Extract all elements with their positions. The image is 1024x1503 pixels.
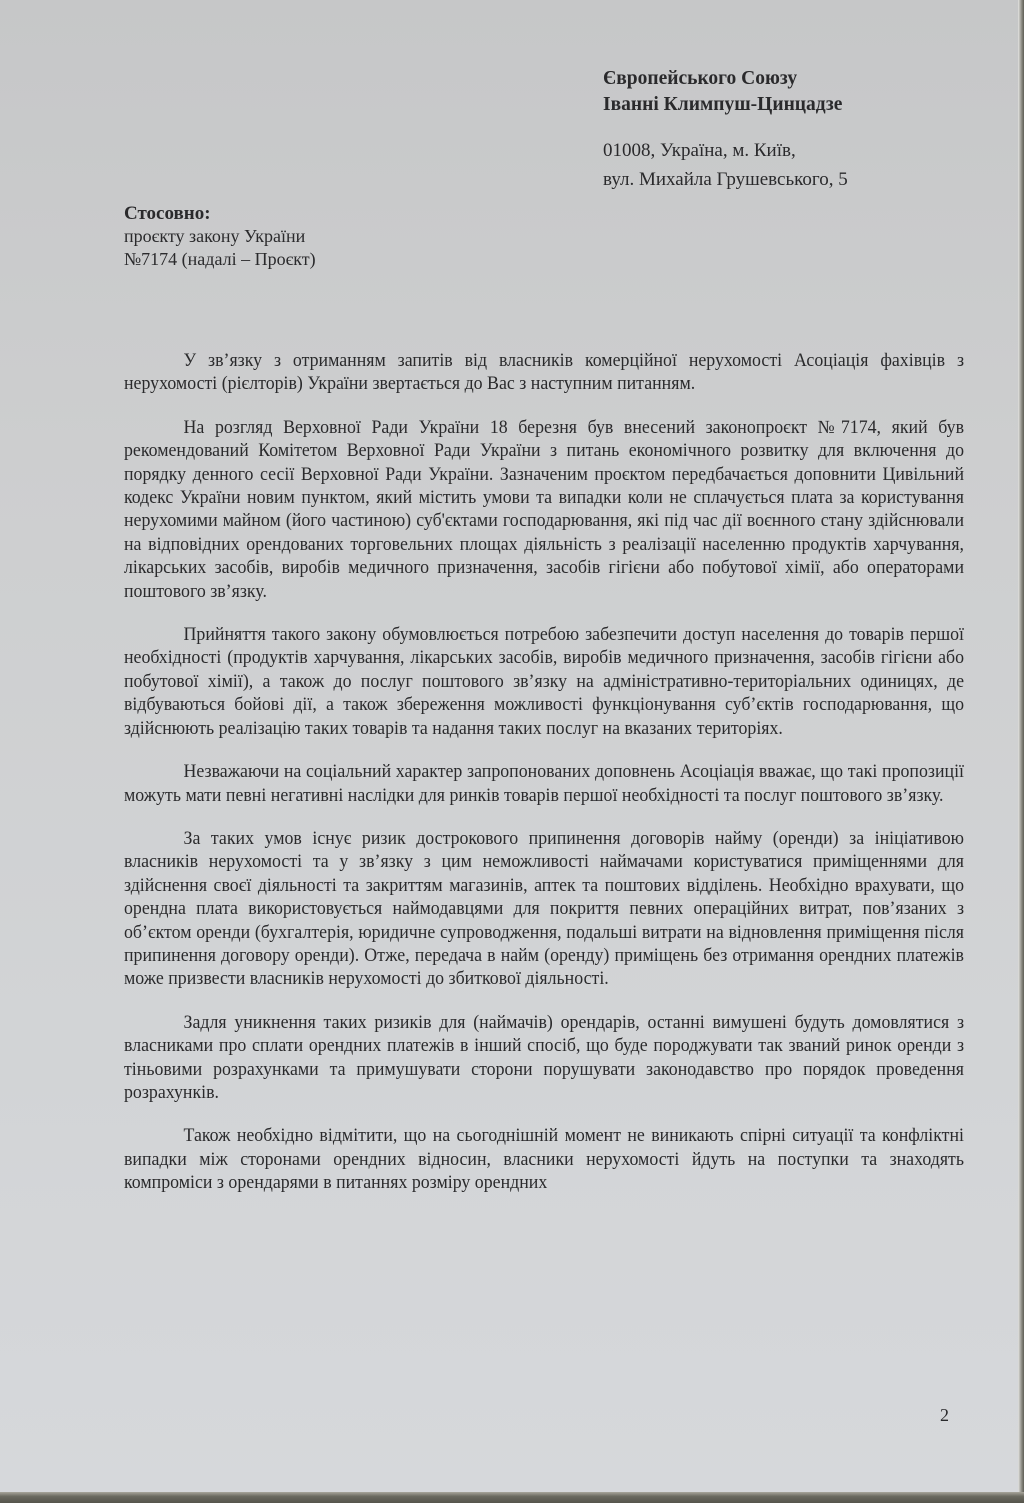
regarding-line-1: проєкту закону України: [124, 225, 316, 248]
regarding-line-2: №7174 (надалі – Проєкт): [124, 248, 316, 271]
page-number: 2: [940, 1405, 949, 1426]
recipient-name: Іванні Климпуш-Цинцадзе: [603, 92, 848, 118]
address-line-1: 01008, Україна, м. Київ,: [603, 136, 848, 165]
paragraph: Незважаючи на соціальний характер запроп…: [124, 760, 964, 807]
document-page: Європейського Союзу Іванні Климпуш-Цинца…: [0, 0, 1018, 1492]
regarding-heading: Стосовно:: [124, 202, 316, 225]
page-edge-right: [1018, 0, 1024, 1503]
paragraph: На розгляд Верховної Ради України 18 бер…: [124, 416, 964, 603]
paragraph: Задля уникнення таких ризиків для (найма…: [124, 1011, 964, 1105]
recipient-org: Європейського Союзу: [603, 66, 848, 92]
paragraph: Прийняття такого закону обумовлюється по…: [124, 623, 964, 740]
page-edge-bottom: [0, 1492, 1024, 1503]
regarding-block: Стосовно: проєкту закону України №7174 (…: [124, 202, 316, 271]
paragraph: У зв’язку з отриманням запитів від власн…: [124, 349, 964, 396]
letter-body: У зв’язку з отриманням запитів від власн…: [124, 349, 930, 1215]
address-line-2: вул. Михайла Грушевського, 5: [603, 165, 848, 194]
recipient-address: 01008, Україна, м. Київ, вул. Михайла Гр…: [603, 136, 848, 194]
paragraph: За таких умов існує ризик дострокового п…: [124, 827, 964, 991]
recipient-block: Європейського Союзу Іванні Климпуш-Цинца…: [603, 66, 848, 194]
paragraph: Також необхідно відмітити, що на сьогодн…: [124, 1124, 964, 1194]
